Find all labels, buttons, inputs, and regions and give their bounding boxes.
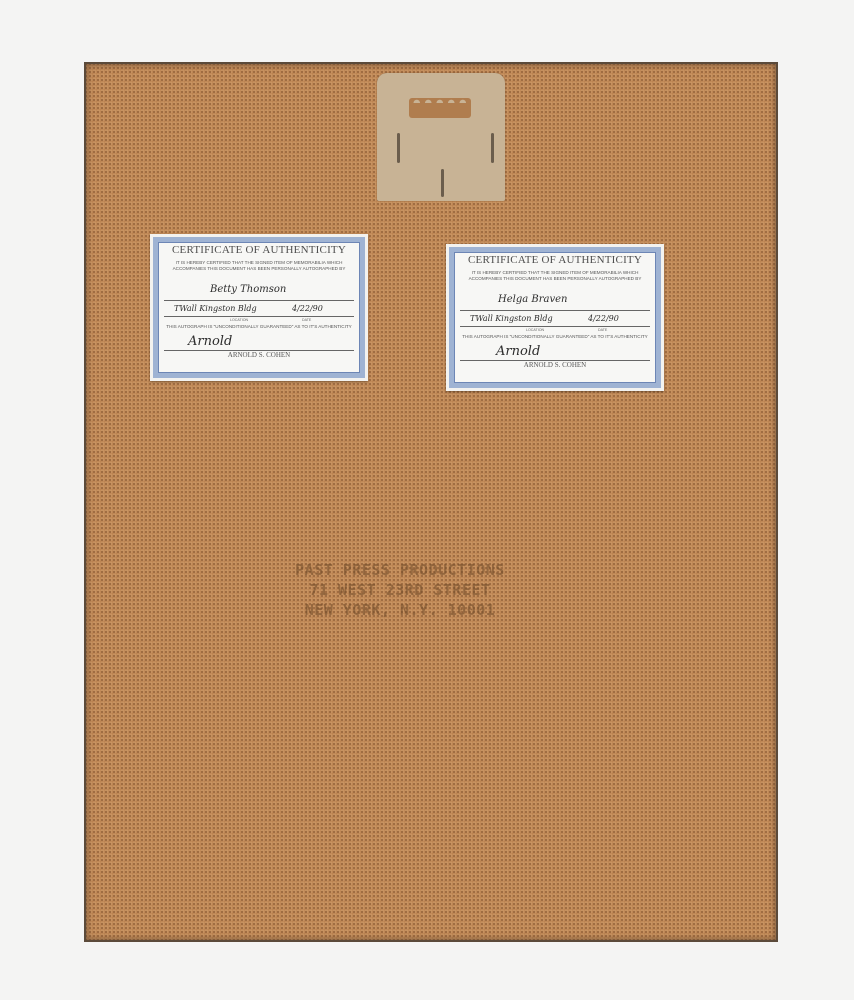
hanger-cut [397, 133, 400, 163]
publisher-stamp: PAST PRESS PRODUCTIONS 71 WEST 23RD STRE… [290, 560, 510, 620]
date-label: Date [302, 318, 311, 322]
certificate-card-1: CERTIFICATE OF AUTHENTICITY It is hereby… [150, 234, 368, 381]
sawtooth-hanger [377, 73, 505, 201]
autograph-line [460, 310, 650, 311]
hanger-cut [491, 133, 494, 163]
signer-name: ARNOLD S. COHEN [446, 361, 664, 369]
location-line [164, 316, 354, 317]
certificate-card-2: CERTIFICATE OF AUTHENTICITY It is hereby… [446, 244, 664, 391]
guarantee-text: This autograph is "unconditionally guara… [162, 324, 356, 329]
date-label: Date [598, 328, 607, 332]
location-line [460, 326, 650, 327]
hanger-teeth [411, 95, 469, 103]
stamp-line: 71 WEST 23RD STREET [290, 580, 510, 600]
signer-name: ARNOLD S. COHEN [150, 351, 368, 359]
signature: Arnold [188, 334, 232, 349]
guarantee-text: This autograph is "unconditionally guara… [458, 334, 652, 339]
certificate-text: It is hereby certified that the signed i… [160, 260, 358, 272]
date-value: 4/22/90 [588, 314, 619, 323]
autographed-by: Betty Thomson [210, 284, 286, 295]
stamp-line: PAST PRESS PRODUCTIONS [290, 560, 510, 580]
certificate-title: CERTIFICATE OF AUTHENTICITY [150, 244, 368, 256]
date-value: 4/22/90 [292, 304, 323, 313]
stamp-line: NEW YORK, N.Y. 10001 [290, 600, 510, 620]
autograph-line [164, 300, 354, 301]
location-value: TWall Kingston Bldg [174, 304, 257, 313]
location-label: Location [230, 318, 248, 322]
certificate-title: CERTIFICATE OF AUTHENTICITY [446, 254, 664, 266]
signature: Arnold [496, 344, 540, 359]
autographed-by: Helga Braven [498, 294, 567, 305]
hanger-cut [441, 169, 444, 197]
location-value: TWall Kingston Bldg [470, 314, 553, 323]
location-label: Location [526, 328, 544, 332]
certificate-text: It is hereby certified that the signed i… [456, 270, 654, 282]
